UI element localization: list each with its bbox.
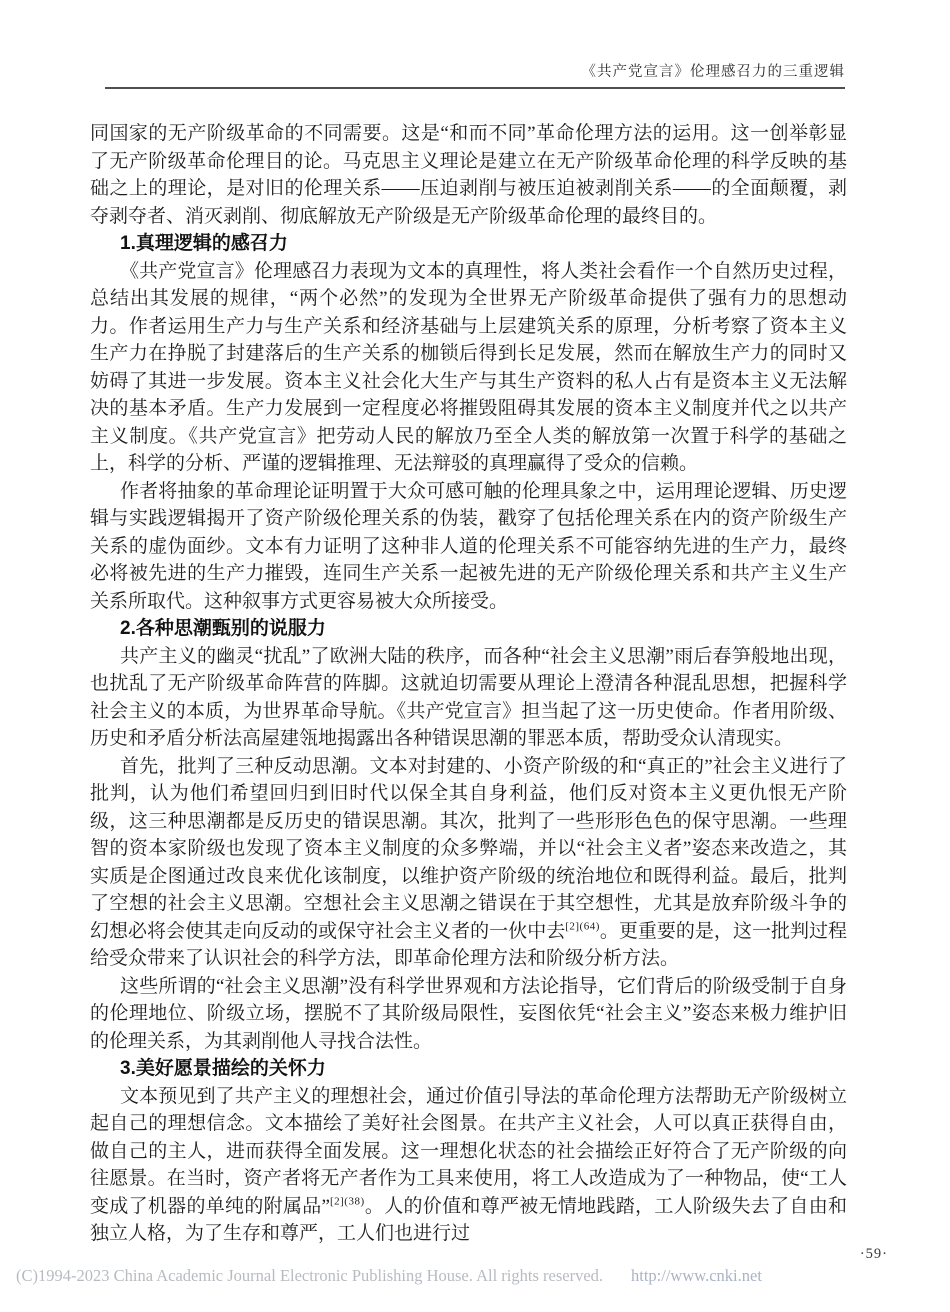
- paragraph-persuasion-2: 首先，批判了三种反动思潮。文本对封建的、小资产阶级的和“真正的”社会主义进行了批…: [90, 753, 847, 973]
- header-rule: [105, 87, 845, 89]
- section-heading-truth-logic: 1.真理逻辑的感召力: [90, 230, 847, 258]
- paragraph-persuasion-1: 共产主义的幽灵“扰乱”了欧洲大陆的秩序，而各种“社会主义思潮”雨后春笋般地出现，…: [90, 643, 847, 753]
- paragraph-persuasion-3: 这些所谓的“社会主义思潮”没有科学世界观和方法论指导，它们背后的阶级受制于自身的…: [90, 973, 847, 1056]
- paragraph-truth-logic-2: 作者将抽象的革命理论证明置于大众可感可触的伦理具象之中，运用理论逻辑、历史逻辑与…: [90, 478, 847, 616]
- footer-copyright: (C)1994-2023 China Academic Journal Elec…: [16, 1266, 603, 1285]
- section-heading-persuasion: 2.各种思潮甄别的说服力: [90, 615, 847, 643]
- footer-url: http://www.cnki.net: [631, 1266, 762, 1285]
- citation-reference: [2](38): [330, 1195, 365, 1207]
- article-body: 同国家的无产阶级革命的不同需要。这是“和而不同”革命伦理方法的运用。这一创举彰显…: [90, 120, 847, 1248]
- section-heading-vision: 3.美好愿景描绘的关怀力: [90, 1055, 847, 1083]
- paragraph-vision-1: 文本预见到了共产主义的理想社会，通过价值引导法的革命伦理方法帮助无产阶级树立起自…: [90, 1083, 847, 1248]
- page-number: ·59·: [860, 1246, 888, 1263]
- citation-reference: [2](64): [565, 920, 600, 932]
- paragraph-text: 首先，批判了三种反动思潮。文本对封建的、小资产阶级的和“真正的”社会主义进行了批…: [90, 756, 847, 942]
- paragraph-truth-logic-1: 《共产党宣言》伦理感召力表现为文本的真理性，将人类社会看作一个自然历史过程，总结…: [90, 258, 847, 478]
- journal-page: 《共产党宣言》伦理感召力的三重逻辑 同国家的无产阶级革命的不同需要。这是“和而不…: [0, 0, 950, 1312]
- running-title: 《共产党宣言》伦理感召力的三重逻辑: [582, 60, 846, 81]
- paragraph-continuation: 同国家的无产阶级革命的不同需要。这是“和而不同”革命伦理方法的运用。这一创举彰显…: [90, 120, 847, 230]
- footer: (C)1994-2023 China Academic Journal Elec…: [16, 1266, 936, 1286]
